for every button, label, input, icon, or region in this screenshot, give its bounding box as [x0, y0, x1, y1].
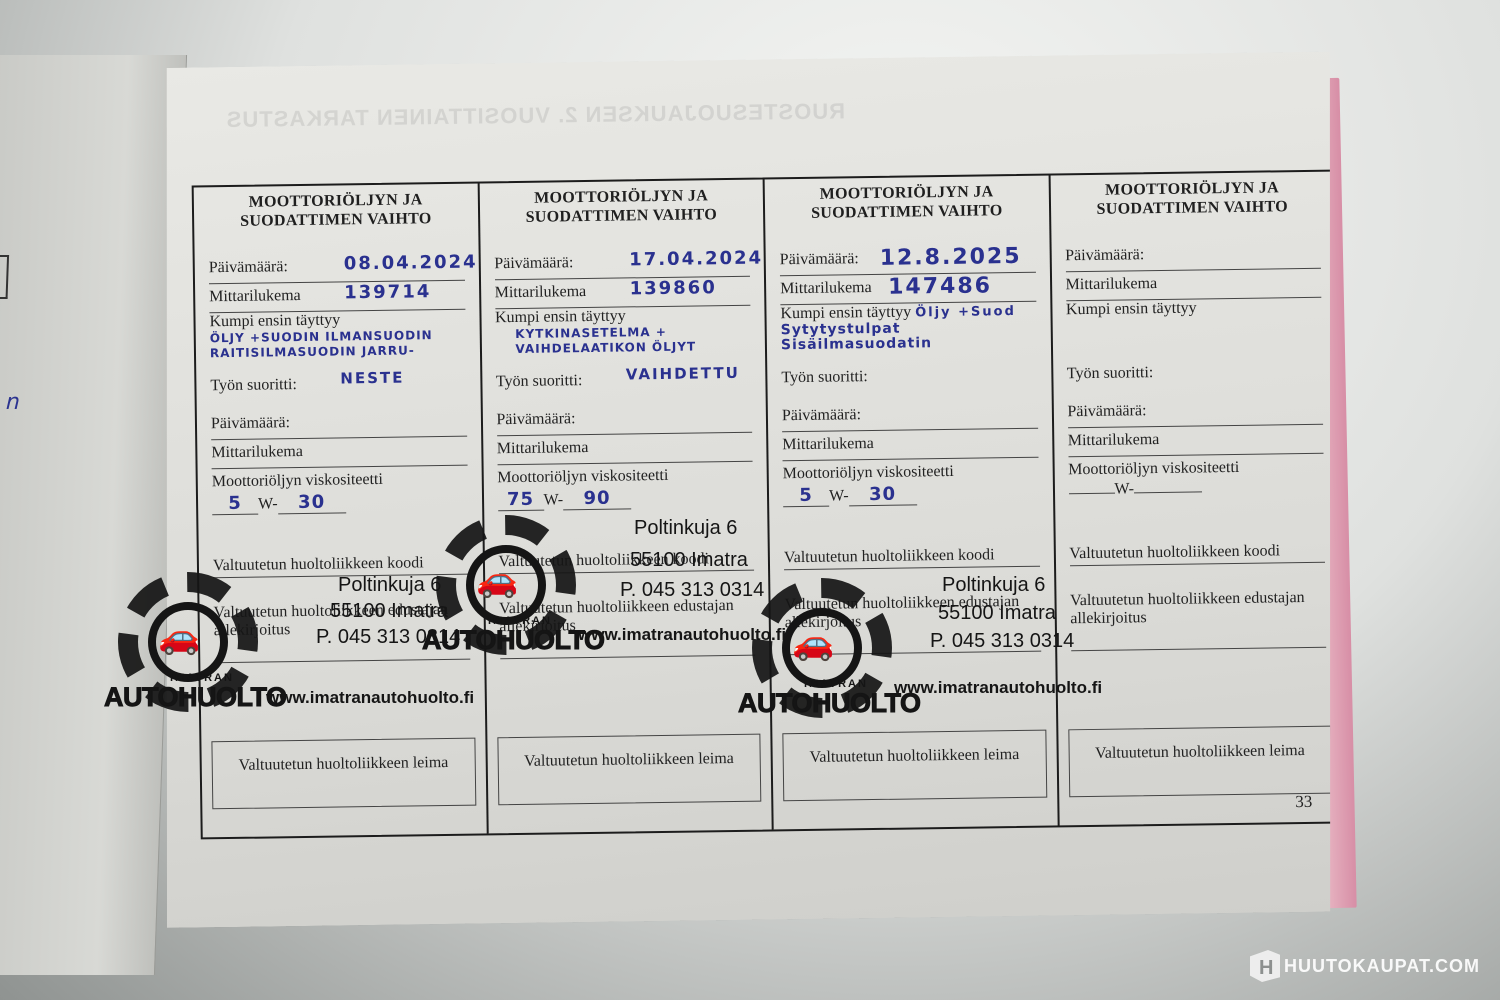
odometer-field[interactable]: Mittarilukema139860: [495, 281, 751, 310]
service-notes-inline: Öljy +Suod: [915, 304, 1016, 320]
viscosity-field[interactable]: 75W-90: [497, 486, 753, 514]
odometer-value: 139714: [344, 281, 431, 303]
worker-field[interactable]: Työn suoritti:NESTE: [210, 374, 466, 412]
entry-title: MOOTTORIÖLJYN JA SUODATTIMEN VAIHTO: [779, 182, 1035, 224]
date-value: 17.04.2024: [629, 248, 763, 271]
worker-field[interactable]: Työn suoritti:: [781, 366, 1037, 404]
left-page-handwriting: n: [5, 390, 20, 415]
first-due-field[interactable]: Kumpi ensin täyttyy: [1066, 298, 1322, 366]
date2-field[interactable]: Päivämäärä:: [496, 408, 752, 437]
first-due-field[interactable]: Kumpi ensin täyttyy KYTKINASETELMA +VAIH…: [495, 306, 751, 374]
service-entry-4: MOOTTORIÖLJYN JA SUODATTIMEN VAIHTO Päiv…: [1050, 172, 1343, 826]
service-code-field[interactable]: Valtuutetun huoltoliikkeen koodi: [784, 546, 1040, 571]
service-entry-2: MOOTTORIÖLJYN JA SUODATTIMEN VAIHTO Päiv…: [479, 179, 774, 833]
first-due-field[interactable]: Kumpi ensin täyttyy ÖLJY +SUODIN ILMANSU…: [209, 310, 465, 378]
date-field[interactable]: Päivämäärä:08.04.2024: [209, 256, 465, 285]
worker-field[interactable]: Työn suoritti:VAIHDETTU: [496, 370, 752, 408]
first-due-field[interactable]: Kumpi ensin täyttyy Öljy +Suod Sytytystu…: [780, 302, 1036, 370]
viscosity-label: Moottoriöljyn viskositeetti: [497, 466, 753, 488]
left-page-box-fragment: [0, 255, 9, 299]
stamp-box: Valtuutetun huoltoliikkeen leima: [1068, 726, 1332, 798]
odometer-field[interactable]: Mittarilukema139714: [209, 285, 465, 314]
odometer-field[interactable]: Mittarilukema: [1065, 273, 1321, 302]
date2-field[interactable]: Päivämäärä:: [782, 404, 1038, 433]
huutokaupat-watermark: H HUUTOKAUPAT.COM: [1250, 950, 1480, 982]
date-field[interactable]: Päivämäärä:12.8.2025: [780, 248, 1036, 277]
odometer2-field[interactable]: Mittarilukema: [1068, 429, 1324, 458]
date2-field[interactable]: Päivämäärä:: [1067, 400, 1323, 429]
service-entry-1: MOOTTORIÖLJYN JA SUODATTIMEN VAIHTO Päiv…: [194, 183, 489, 837]
stamp-box: Valtuutetun huoltoliikkeen leima: [782, 730, 1046, 802]
worker-value: VAIHDETTU: [626, 364, 740, 384]
service-book-page: RUOSTESUOJAUKSEN 2. VUOSITTAINEN TARKAST…: [155, 52, 1342, 928]
car-icon: 🚗: [792, 623, 834, 663]
odometer-value: 147486: [888, 273, 992, 299]
viscosity-field[interactable]: W-: [1068, 478, 1324, 506]
stamp-box: Valtuutetun huoltoliikkeen leima: [211, 738, 475, 810]
show-through-heading: RUOSTESUOJAUKSEN 2. VUOSITTAINEN TARKAST…: [226, 98, 846, 133]
service-entry-3: MOOTTORIÖLJYN JA SUODATTIMEN VAIHTO Päiv…: [765, 176, 1060, 830]
service-notes: ÖLJY +SUODIN ILMANSUODINRAITISILMASUODIN…: [210, 328, 433, 361]
viscosity-label: Moottoriöljyn viskositeetti: [783, 462, 1039, 484]
odometer2-field[interactable]: Mittarilukema: [211, 441, 467, 470]
oil-change-form: MOOTTORIÖLJYN JA SUODATTIMEN VAIHTO Päiv…: [192, 170, 1345, 840]
odometer-field[interactable]: Mittarilukema147486: [780, 277, 1036, 306]
date-value: 12.8.2025: [880, 244, 1022, 271]
worker-value: NESTE: [340, 369, 404, 388]
service-notes: KYTKINASETELMA +VAIHDELAATIKON ÖLJYT: [515, 324, 696, 357]
entry-title: MOOTTORIÖLJYN JA SUODATTIMEN VAIHTO: [493, 186, 749, 228]
service-code-field[interactable]: Valtuutetun huoltoliikkeen koodi: [1069, 542, 1325, 567]
signature-field[interactable]: Valtuutetun huoltoliikkeen edustajan all…: [1070, 589, 1326, 652]
viscosity-label: Moottoriöljyn viskositeetti: [1068, 458, 1324, 480]
box-h-icon: H: [1250, 950, 1280, 982]
worker-field[interactable]: Työn suoritti:: [1067, 362, 1323, 400]
date-field[interactable]: Päivämäärä:: [1065, 244, 1321, 273]
odometer2-field[interactable]: Mittarilukema: [497, 437, 753, 466]
date-field[interactable]: Päivämäärä:17.04.2024: [494, 252, 750, 281]
service-notes: SytytystulpatSisäilmasuodatin: [781, 321, 933, 353]
odometer2-field[interactable]: Mittarilukema: [782, 433, 1038, 462]
viscosity-field[interactable]: 5W-30: [783, 482, 1039, 510]
entry-title: MOOTTORIÖLJYN JA SUODATTIMEN VAIHTO: [208, 190, 464, 232]
viscosity-label: Moottoriöljyn viskositeetti: [212, 470, 468, 492]
page-number: 33: [1295, 792, 1312, 812]
viscosity-field[interactable]: 5W-30: [212, 490, 468, 518]
car-icon: 🚗: [158, 617, 200, 657]
odometer-value: 139860: [629, 277, 716, 299]
car-icon: 🚗: [476, 560, 518, 600]
entry-title: MOOTTORIÖLJYN JA SUODATTIMEN VAIHTO: [1064, 178, 1320, 220]
date2-field[interactable]: Päivämäärä:: [211, 412, 467, 441]
left-page: n: [0, 55, 187, 975]
date-value: 08.04.2024: [344, 252, 478, 275]
stamp-box: Valtuutetun huoltoliikkeen leima: [497, 734, 761, 806]
